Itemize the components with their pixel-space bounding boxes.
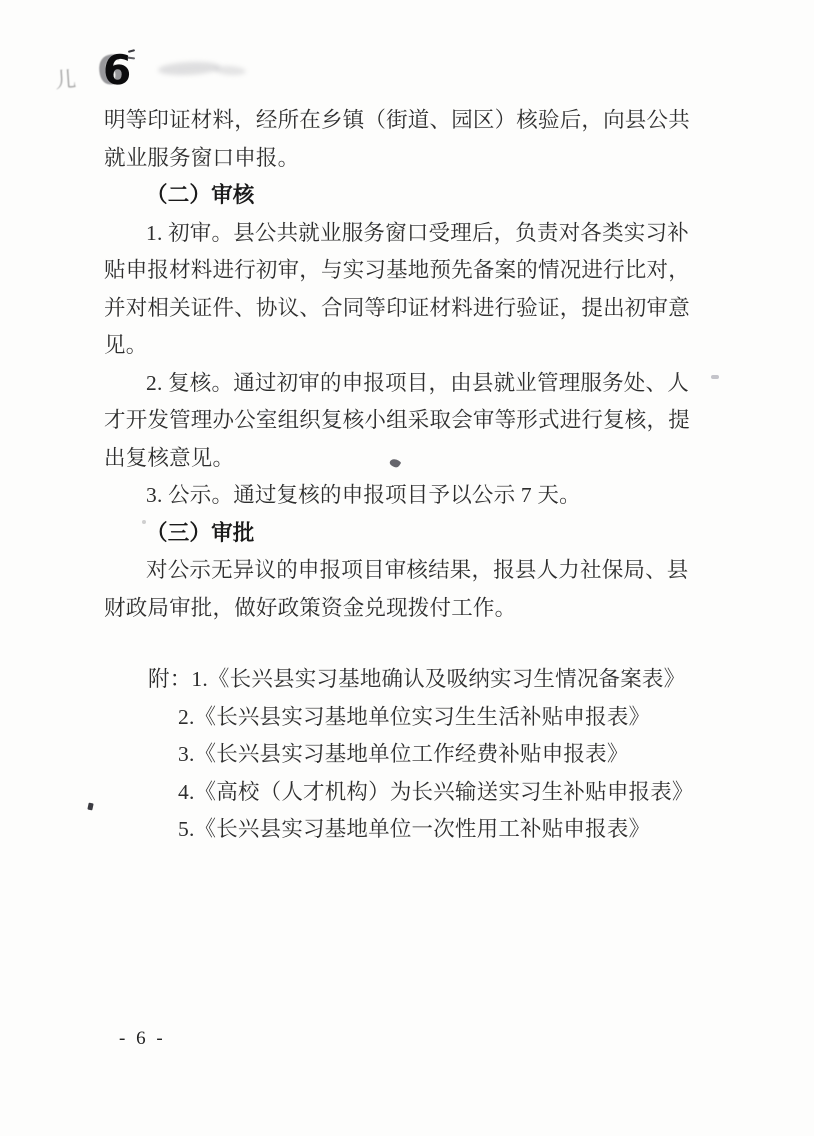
attachments-line: 附：1.《长兴县实习基地确认及吸纳实习生情况备案表》 xyxy=(104,661,690,699)
body-line: 就业服务窗口申报。 xyxy=(104,140,690,178)
body-line: 并对相关证件、协议、合同等印证材料进行验证，提出初审意 xyxy=(104,290,690,328)
body-line: 1. 初审。县公共就业服务窗口受理后，负责对各类实习补 xyxy=(104,215,690,253)
section-heading-review: （二）审核 xyxy=(104,177,690,215)
page-number: - 6 - xyxy=(119,1028,166,1050)
ink-smudge xyxy=(214,65,247,76)
attachment-item: 5.《长兴县实习基地单位一次性用工补贴申报表》 xyxy=(104,811,690,849)
body-line: 贴申报材料进行初审，与实习基地预先备案的情况进行比对， xyxy=(104,252,690,290)
ink-smudge xyxy=(158,60,221,76)
body-line: 出复核意见。 xyxy=(104,440,690,478)
body-line: 2. 复核。通过初审的申报项目，由县就业管理服务处、人 xyxy=(104,365,690,403)
paragraph-gap xyxy=(104,627,690,661)
ink-speck xyxy=(142,520,146,524)
body-text: 明等印证材料，经所在乡镇（街道、园区）核验后，向县公共 就业服务窗口申报。 （二… xyxy=(104,102,690,849)
body-line: 对公示无异议的申报项目审核结果，报县人力社保局、县 xyxy=(104,552,690,590)
ink-speck xyxy=(87,803,93,811)
body-line: 才开发管理办公室组织复核小组采取会审等形式进行复核，提 xyxy=(104,402,690,440)
body-line: 3. 公示。通过复核的申报项目予以公示 7 天。 xyxy=(104,477,690,515)
body-line: 见。 xyxy=(104,327,690,365)
attachment-item: 1.《长兴县实习基地确认及吸纳实习生情况备案表》 xyxy=(191,667,685,691)
ink-speck xyxy=(711,375,719,379)
attachments-label: 附： xyxy=(148,667,191,691)
attachment-item: 3.《长兴县实习基地单位工作经费补贴申报表》 xyxy=(104,736,690,774)
body-line: 财政局审批，做好政策资金兑现拨付工作。 xyxy=(104,590,690,628)
scanned-document-page: 儿 6 6 明等印证材料，经所在乡镇（街道、园区）核验后，向县公共 就业服务窗口… xyxy=(0,0,814,1136)
body-line: 明等印证材料，经所在乡镇（街道、园区）核验后，向县公共 xyxy=(104,102,690,140)
attachment-item: 4.《高校（人才机构）为长兴输送实习生补贴申报表》 xyxy=(104,774,690,812)
section-heading-approval: （三）审批 xyxy=(104,515,690,553)
attachment-item: 2.《长兴县实习基地单位实习生生活补贴申报表》 xyxy=(104,699,690,737)
handwritten-scribble: 儿 xyxy=(54,63,77,94)
